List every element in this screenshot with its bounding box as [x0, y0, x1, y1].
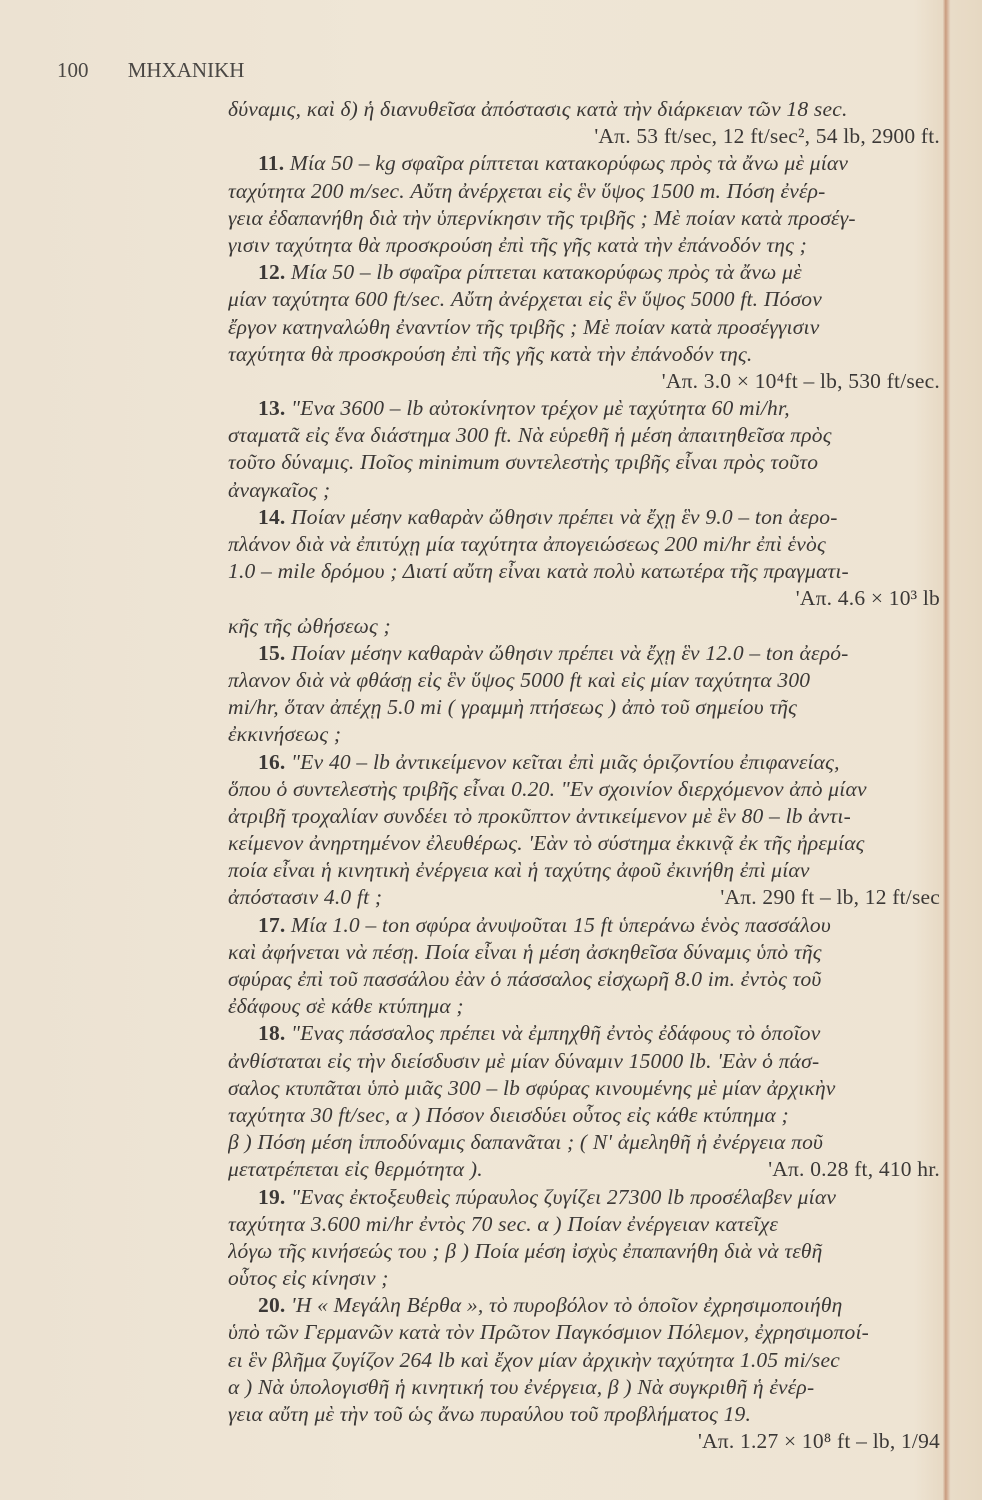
line-text: πλάνον διὰ νὰ ἐπιτύχῃ μία ταχύτητα ἀπογε… [228, 532, 826, 556]
problem-number: 18. [258, 1021, 285, 1045]
line-text: μετατρέπεται εἰς θερμότητα ). [228, 1156, 483, 1183]
text-line: ἀναγκαῖος ; [228, 477, 950, 504]
answer-text: 'Απ. 4.6 × 10³ lb [796, 586, 940, 610]
text-line: ἔργον κατηναλώθη ἐναντίον τῆς τριβῆς ; Μ… [228, 314, 950, 341]
line-text: Ποίαν μέσην καθαρὰν ὤθησιν πρέπει νὰ ἔχῃ… [285, 641, 848, 665]
answer-text: 'Απ. 53 ft/sec, 12 ft/sec², 54 lb, 2900 … [594, 124, 940, 148]
line-text: α ) Νὰ ὑπολογισθῆ ἡ κινητική του ἐνέργει… [228, 1375, 814, 1399]
problem-start-line: 18. "Ενας πάσσαλος πρέπει νὰ ἐμπηχθῆ ἐντ… [228, 1020, 950, 1047]
text-line: ὅπου ὁ συντελεστὴς τριβῆς εἶναι 0.20. "Ε… [228, 776, 950, 803]
line-text: ποία εἶναι ἡ κινητικὴ ἐνέργεια καὶ ἡ ταχ… [228, 858, 810, 882]
line-text: ὑπὸ τῶν Γερμανῶν κατὰ τὸν Πρῶτον Παγκόσμ… [228, 1320, 869, 1344]
text-line: ει ἓν βλῆμα ζυγίζον 264 lb καὶ ἔχον μίαν… [228, 1347, 950, 1374]
line-text: ταχύτητα 30 ft/sec, α ) Πόσον διεισδύει … [228, 1103, 789, 1127]
text-line: τοῦτο δύναμις. Ποῖος minimum συντελεστὴς… [228, 449, 950, 476]
text-line: κείμενον ἀνηρτημένον ἐλευθέρως. 'Εὰν τὸ … [228, 830, 950, 857]
text-line: μετατρέπεται εἰς θερμότητα ).'Απ. 0.28 f… [228, 1156, 950, 1183]
line-text: ταχύτητα θὰ προσκρούση ἐπὶ τῆς γῆς κατὰ … [228, 342, 752, 366]
line-text: μίαν ταχύτητα 600 ft/sec. Αὔτη ἀνέρχεται… [228, 287, 822, 311]
problem-number: 13. [258, 396, 285, 420]
line-text: Μία 50 – kg σφαῖρα ρίπτεται κατακορύφως … [284, 151, 848, 175]
line-text: ταχύτητα 3.600 mi/hr ἐντὸς 70 sec. α ) Π… [228, 1212, 778, 1236]
problem-number: 19. [258, 1185, 285, 1209]
line-text: πλανον διὰ νὰ φθάσῃ εἰς ἓν ὕψος 5000 ft … [228, 668, 810, 692]
text-line: ἀτριβῆ τροχαλίαν συνδέει τὸ προκῦπτον ἀν… [228, 803, 950, 830]
text-line: πλανον διὰ νὰ φθάσῃ εἰς ἓν ὕψος 5000 ft … [228, 667, 950, 694]
line-text: κείμενον ἀνηρτημένον ἐλευθέρως. 'Εὰν τὸ … [228, 831, 865, 855]
problem-start-line: 20. 'Η « Μεγάλη Βέρθα », τὸ πυροβόλον τὸ… [228, 1292, 950, 1319]
line-text: ει ἓν βλῆμα ζυγίζον 264 lb καὶ ἔχον μίαν… [228, 1348, 840, 1372]
problem-number: 11. [258, 151, 284, 175]
text-line: γεια ἐδαπανήθη διὰ τὴν ὑπερνίκησιν τῆς τ… [228, 205, 950, 232]
line-text: σταματᾶ εἰς ἕνα διάστημα 300 ft. Νὰ εὑρε… [228, 423, 832, 447]
text-line: ὑπὸ τῶν Γερμανῶν κατὰ τὸν Πρῶτον Παγκόσμ… [228, 1319, 950, 1346]
problem-start-line: 16. "Εν 40 – lb ἀντικείμενον κεῖται ἐπὶ … [228, 749, 950, 776]
text-line: β ) Πόση μέση ἱπποδύναμις δαπανᾶται ; ( … [228, 1129, 950, 1156]
problem-number: 15. [258, 641, 285, 665]
text-line: ἐκκινήσεως ; [228, 721, 950, 748]
problem-start-line: 17. Μία 1.0 – ton σφύρα ἀνυψοῦται 15 ft … [228, 912, 950, 939]
text-line: mi/hr, ὅταν ἀπέχῃ 5.0 mi ( γραμμὴ πτήσεω… [228, 694, 950, 721]
line-text: οὗτος εἰς κίνησιν ; [228, 1266, 389, 1290]
text-line: ἀπόστασιν 4.0 ft ;'Απ. 290 ft – lb, 12 f… [228, 884, 950, 911]
line-text: Ποίαν μέσην καθαρὰν ὤθησιν πρέπει νὰ ἔχῃ… [285, 505, 837, 529]
line-text: Μία 50 – lb σφαῖρα ρίπτεται κατακορύφως … [285, 260, 801, 284]
problem-number: 20. [258, 1293, 285, 1317]
line-text: "Ενας ἐκτοξευθεὶς πύραυλος ζυγίζει 27300… [285, 1185, 836, 1209]
text-line: ἀνθίσταται εἰς τὴν διείσδυσιν μὲ μίαν δύ… [228, 1048, 950, 1075]
problem-start-line: 12. Μία 50 – lb σφαῖρα ρίπτεται κατακορύ… [228, 259, 950, 286]
answer-text: 'Απ. 290 ft – lb, 12 ft/sec [720, 884, 950, 911]
text-line: ταχύτητα 3.600 mi/hr ἐντὸς 70 sec. α ) Π… [228, 1211, 950, 1238]
line-text: κῆς τῆς ὠθήσεως ; [228, 614, 391, 638]
line-text: ἀνθίσταται εἰς τὴν διείσδυσιν μὲ μίαν δύ… [228, 1049, 819, 1073]
page-number: 100 [57, 58, 89, 82]
line-text: σαλος κτυπᾶται ὑπὸ μιᾶς 300 – lb σφύρας … [228, 1076, 836, 1100]
answer-line: 'Απ. 3.0 × 10⁴ft – lb, 530 ft/sec. [228, 368, 950, 395]
problem-start-line: 19. "Ενας ἐκτοξευθεὶς πύραυλος ζυγίζει 2… [228, 1184, 950, 1211]
line-text: 'Η « Μεγάλη Βέρθα », τὸ πυροβόλον τὸ ὁπο… [285, 1293, 842, 1317]
text-line: α ) Νὰ ὑπολογισθῆ ἡ κινητική του ἐνέργει… [228, 1374, 950, 1401]
problem-start-line: 15. Ποίαν μέσην καθαρὰν ὤθησιν πρέπει νὰ… [228, 640, 950, 667]
answer-text: 'Απ. 0.28 ft, 410 hr. [768, 1156, 950, 1183]
problem-start-line: 11. Μία 50 – kg σφαῖρα ρίπτεται κατακορύ… [228, 150, 950, 177]
problem-number: 12. [258, 260, 285, 284]
problem-number: 16. [258, 750, 285, 774]
line-text: "Ενας πάσσαλος πρέπει νὰ ἐμπηχθῆ ἐντὸς ἐ… [285, 1021, 820, 1045]
line-text: β ) Πόση μέση ἱπποδύναμις δαπανᾶται ; ( … [228, 1130, 823, 1154]
line-text: "Ενα 3600 – lb αὐτοκίνητον τρέχον μὲ ταχ… [285, 396, 789, 420]
text-line: μίαν ταχύτητα 600 ft/sec. Αὔτη ἀνέρχεται… [228, 286, 950, 313]
line-text: mi/hr, ὅταν ἀπέχῃ 5.0 mi ( γραμμὴ πτήσεω… [228, 695, 797, 719]
line-text: δύναμις, καὶ δ) ἡ διανυθεῖσα ἀπόστασις κ… [228, 97, 848, 121]
text-line: ποία εἶναι ἡ κινητικὴ ἐνέργεια καὶ ἡ ταχ… [228, 857, 950, 884]
line-text: ἀπόστασιν 4.0 ft ; [228, 884, 382, 911]
answer-text: 'Απ. 1.27 × 10⁸ ft – lb, 1/94 [698, 1429, 940, 1453]
line-text: σφύρας ἐπὶ τοῦ πασσάλου ἐὰν ὁ πάσσαλος ε… [228, 967, 821, 991]
text-line: λόγω τῆς κινήσεώς του ; β ) Ποία μέση ἰσ… [228, 1238, 950, 1265]
line-text: λόγω τῆς κινήσεώς του ; β ) Ποία μέση ἰσ… [228, 1239, 823, 1263]
line-text: ἐκκινήσεως ; [228, 722, 341, 746]
line-text: ἐδάφους σὲ κάθε κτύπημα ; [228, 994, 464, 1018]
answer-text: 'Απ. 3.0 × 10⁴ft – lb, 530 ft/sec. [662, 369, 940, 393]
line-text: γισιν ταχύτητα θὰ προσκρούση ἐπὶ τῆς γῆς… [228, 233, 807, 257]
answer-line: 'Απ. 53 ft/sec, 12 ft/sec², 54 lb, 2900 … [228, 123, 950, 150]
answer-line: 'Απ. 4.6 × 10³ lb [228, 585, 950, 612]
line-text: ἔργον κατηναλώθη ἐναντίον τῆς τριβῆς ; Μ… [228, 315, 819, 339]
text-line: γεια αὔτη μὲ τὴν τοῦ ὡς ἄνω πυραύλου τοῦ… [228, 1401, 950, 1428]
line-text: καὶ ἀφήνεται νὰ πέσῃ. Ποία εἶναι ἡ μέση … [228, 940, 822, 964]
text-line: σταματᾶ εἰς ἕνα διάστημα 300 ft. Νὰ εὑρε… [228, 422, 950, 449]
text-line: οὗτος εἰς κίνησιν ; [228, 1265, 950, 1292]
problem-start-line: 14. Ποίαν μέσην καθαρὰν ὤθησιν πρέπει νὰ… [228, 504, 950, 531]
problem-number: 17. [258, 913, 285, 937]
line-text: ἀτριβῆ τροχαλίαν συνδέει τὸ προκῦπτον ἀν… [228, 804, 851, 828]
text-line: γισιν ταχύτητα θὰ προσκρούση ἐπὶ τῆς γῆς… [228, 232, 950, 259]
text-line: 1.0 – mile δρόμου ; Διατί αὔτη εἶναι κατ… [228, 558, 950, 585]
page-header: 100 ΜΗΧΑΝΙΚΗ [57, 58, 244, 83]
line-text: γεια αὔτη μὲ τὴν τοῦ ὡς ἄνω πυραύλου τοῦ… [228, 1402, 751, 1426]
text-line: σφύρας ἐπὶ τοῦ πασσάλου ἐὰν ὁ πάσσαλος ε… [228, 966, 950, 993]
text-line: ταχύτητα 200 m/sec. Αὔτη ἀνέρχεται εἰς ἓ… [228, 178, 950, 205]
problem-text-body: δύναμις, καὶ δ) ἡ διανυθεῖσα ἀπόστασις κ… [228, 96, 950, 1455]
line-text: Μία 1.0 – ton σφύρα ἀνυψοῦται 15 ft ὑπερ… [285, 913, 830, 937]
problem-start-line: 13. "Ενα 3600 – lb αὐτοκίνητον τρέχον μὲ… [228, 395, 950, 422]
text-line: πλάνον διὰ νὰ ἐπιτύχῃ μία ταχύτητα ἀπογε… [228, 531, 950, 558]
text-line: σαλος κτυπᾶται ὑπὸ μιᾶς 300 – lb σφύρας … [228, 1075, 950, 1102]
line-text: ὅπου ὁ συντελεστὴς τριβῆς εἶναι 0.20. "Ε… [228, 777, 867, 801]
answer-line: 'Απ. 1.27 × 10⁸ ft – lb, 1/94 [228, 1428, 950, 1455]
text-line: δύναμις, καὶ δ) ἡ διανυθεῖσα ἀπόστασις κ… [228, 96, 950, 123]
line-text: ἀναγκαῖος ; [228, 478, 330, 502]
text-line: ἐδάφους σὲ κάθε κτύπημα ; [228, 993, 950, 1020]
line-text: ταχύτητα 200 m/sec. Αὔτη ἀνέρχεται εἰς ἓ… [228, 179, 826, 203]
running-title: ΜΗΧΑΝΙΚΗ [128, 58, 245, 82]
line-text: τοῦτο δύναμις. Ποῖος minimum συντελεστὴς… [228, 450, 818, 474]
line-text: 1.0 – mile δρόμου ; Διατί αὔτη εἶναι κατ… [228, 559, 849, 583]
text-line: κῆς τῆς ὠθήσεως ; [228, 613, 950, 640]
text-line: ταχύτητα 30 ft/sec, α ) Πόσον διεισδύει … [228, 1102, 950, 1129]
line-text: γεια ἐδαπανήθη διὰ τὴν ὑπερνίκησιν τῆς τ… [228, 206, 856, 230]
text-line: ταχύτητα θὰ προσκρούση ἐπὶ τῆς γῆς κατὰ … [228, 341, 950, 368]
text-line: καὶ ἀφήνεται νὰ πέσῃ. Ποία εἶναι ἡ μέση … [228, 939, 950, 966]
problem-number: 14. [258, 505, 285, 529]
line-text: "Εν 40 – lb ἀντικείμενον κεῖται ἐπὶ μιᾶς… [285, 750, 839, 774]
